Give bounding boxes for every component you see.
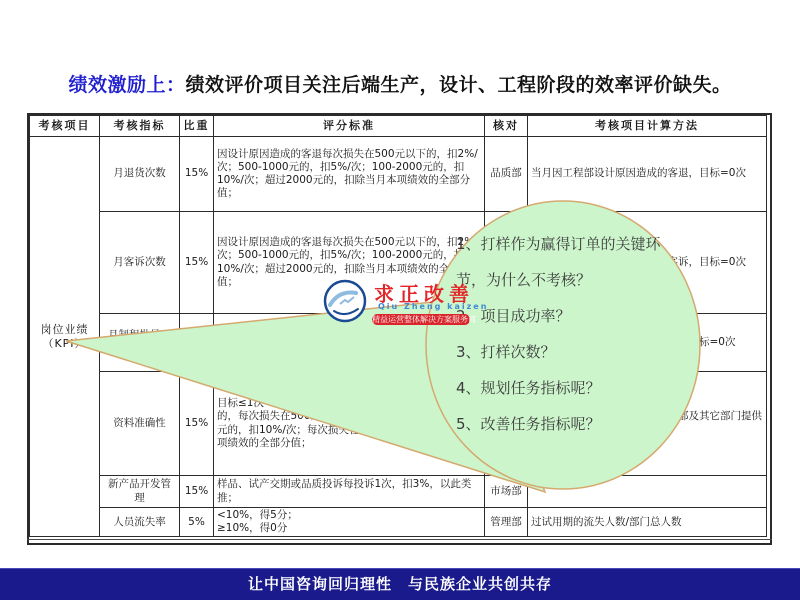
checker-cell: 品质部 [485, 137, 528, 212]
indicator-cell: 月客诉次数 [100, 212, 180, 314]
table-row: 人员流失率5%<10%，得5分； ≥10%，得0分管理部过试用期的流失人数/部门… [30, 508, 767, 537]
method-cell: 过试用期的流失人数/部门总人数 [528, 508, 767, 537]
page-title: 绩效激励上：绩效评价项目关注后端生产，设计、工程阶段的效率评价缺失。 [0, 70, 800, 97]
callout-question: 5、改善任务指标呢？ [456, 406, 664, 442]
method-cell [528, 476, 767, 508]
logo-tagline: 精益运营整体解决方案服务商 [372, 314, 470, 325]
callout-question: 4、规划任务指标呢？ [456, 370, 664, 406]
indicator-cell: 资料准确性 [100, 372, 180, 476]
footer-slogan: 让中国咨询回归理性 与民族企业共创共存 [248, 575, 552, 593]
col-header-item: 考核项目 [30, 116, 100, 137]
col-header-checker: 核对 [485, 116, 528, 137]
logo-swoosh-icon [322, 278, 368, 324]
indicator-cell: 月制程批量不良次数 [100, 314, 180, 372]
checker-cell: 市场部 [485, 476, 528, 508]
checker-cell: 管理部 [485, 508, 528, 537]
indicator-cell: 新产品开发管理 [100, 476, 180, 508]
table-row: 岗位业绩（KPI）月退货次数15%因设计原因造成的客退每次损失在500元以下的，… [30, 137, 767, 212]
callout-question: 1、打样作为赢得订单的关键环节，为什么不考核？ [456, 226, 664, 298]
table-bottom-rule [27, 539, 772, 540]
col-header-method: 考核项目计算方法 [528, 116, 767, 137]
table-header-row: 考核项目 考核指标 比重 评分标准 核对 考核项目计算方法 [30, 116, 767, 137]
weight-cell: 15% [180, 137, 214, 212]
weight-cell: 15% [180, 476, 214, 508]
weight-cell: 15% [180, 212, 214, 314]
indicator-cell: 月退货次数 [100, 137, 180, 212]
callout-question: 3、打样次数？ [456, 334, 664, 370]
weight-cell: 15% [180, 372, 214, 476]
criteria-cell: 样品、试产交期或品质投诉每投诉1次，扣3%，以此类推； [214, 476, 485, 508]
col-header-indicator: 考核指标 [100, 116, 180, 137]
criteria-cell: <10%，得5分； ≥10%，得0分 [214, 508, 485, 537]
category-cell: 岗位业绩（KPI） [30, 137, 100, 537]
logo-pinyin: Qiu Zheng kaizen [378, 302, 488, 311]
weight-cell: 15% [180, 314, 214, 372]
col-header-weight: 比重 [180, 116, 214, 137]
criteria-cell: 因设计原因造成的客退每次损失在500元以下的，扣2%/次；500-1000元的，… [214, 137, 485, 212]
col-header-criteria: 评分标准 [214, 116, 485, 137]
indicator-cell: 人员流失率 [100, 508, 180, 537]
title-prefix: 绩效激励上： [68, 74, 185, 96]
footer-bar: 让中国咨询回归理性 与民族企业共创共存 [0, 568, 800, 600]
weight-cell: 5% [180, 508, 214, 537]
title-body: 绩效评价项目关注后端生产，设计、工程阶段的效率评价缺失。 [186, 74, 732, 96]
criteria-cell: 目标≤1次（未造成损失），每超过一次扣2%；造成损失的，每次损失在500元以下的… [214, 372, 485, 476]
table-row: 新产品开发管理15%样品、试产交期或品质投诉每投诉1次，扣3%，以此类推；市场部 [30, 476, 767, 508]
method-cell: 当月因工程部设计原因造成的客退，目标=0次 [528, 137, 767, 212]
callout-questions: 1、打样作为赢得订单的关键环节，为什么不考核？2、项目成功率？3、打样次数？4、… [456, 226, 664, 442]
